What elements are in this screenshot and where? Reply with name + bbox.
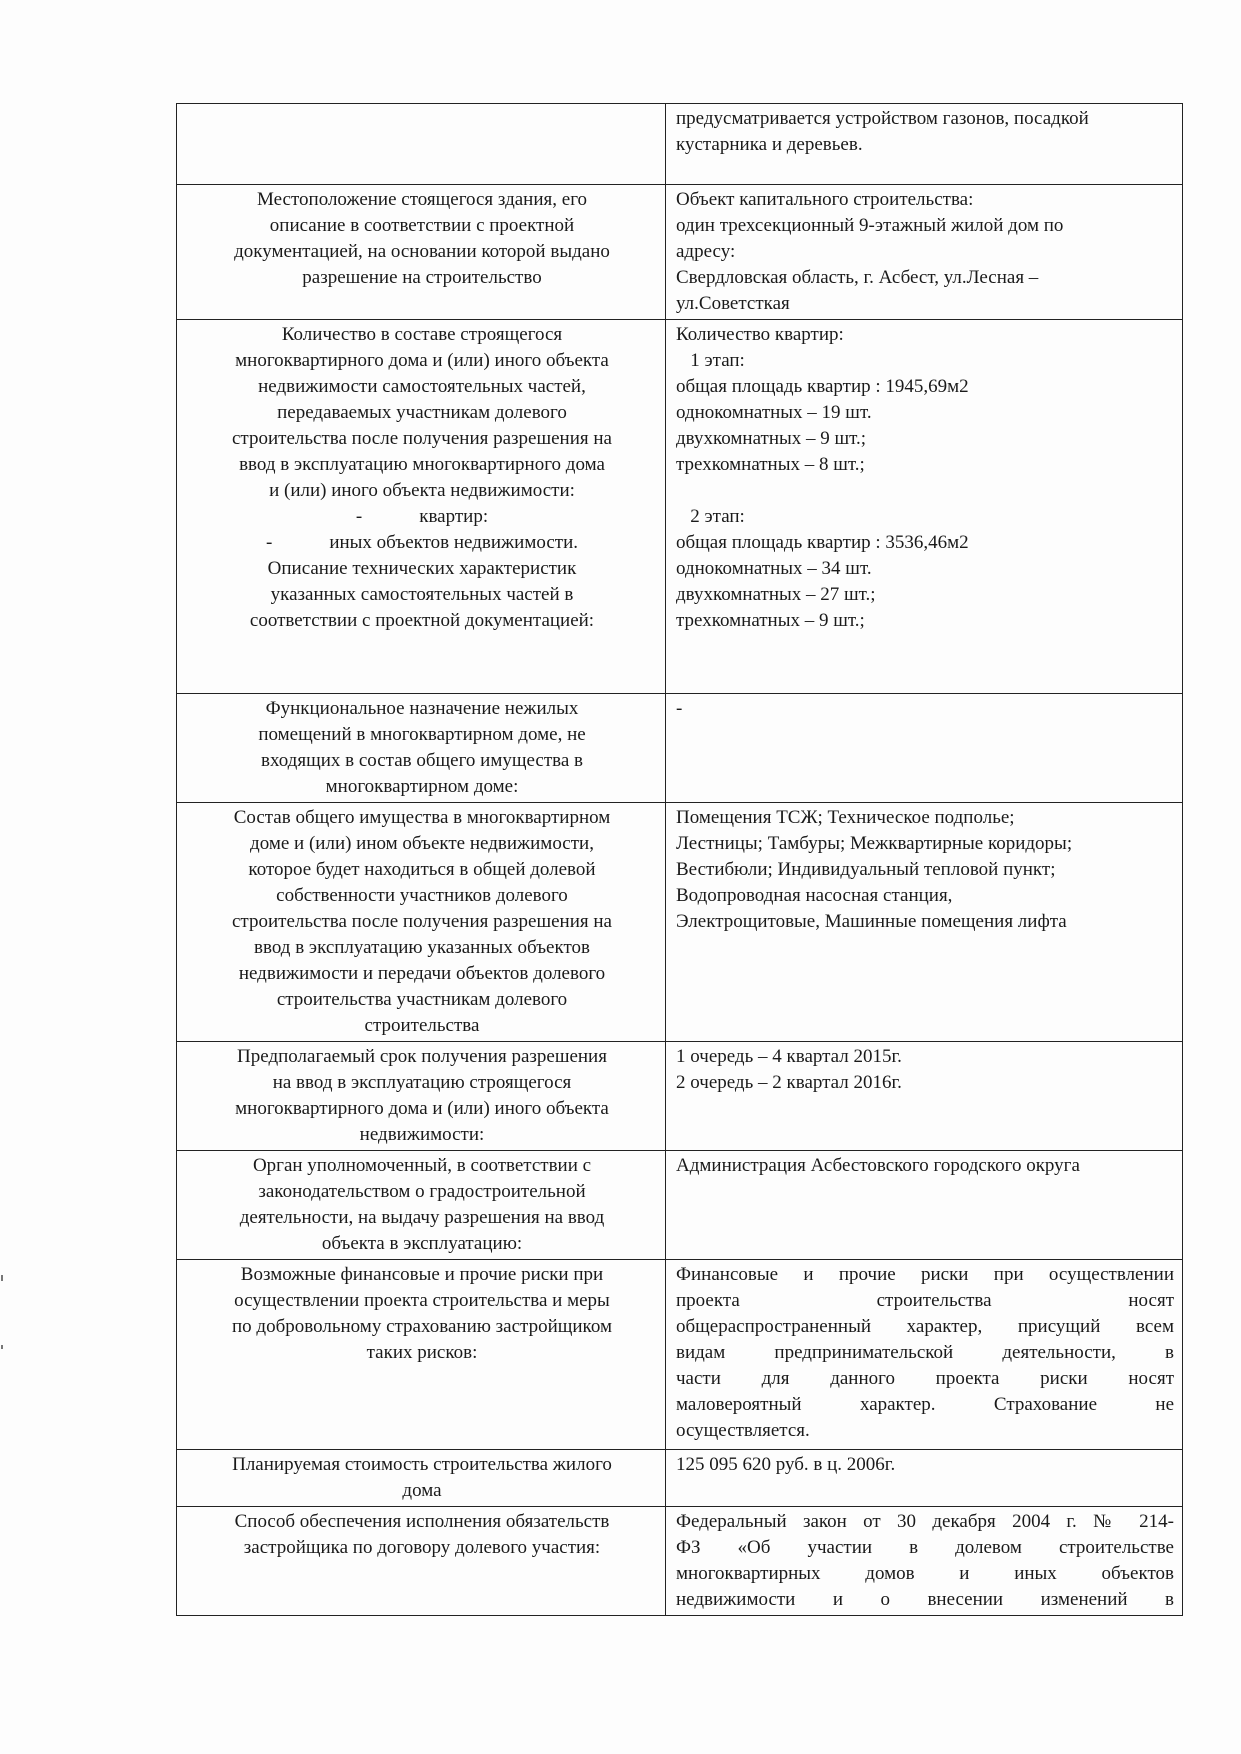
label-line: Состав общего имущества в многоквартирно… — [187, 805, 657, 831]
row-label-cell: Состав общего имущества в многоквартирно… — [177, 803, 666, 1042]
label-line: многоквартирного дома и (или) иного объе… — [187, 348, 657, 374]
value-line — [676, 478, 1174, 504]
label-line: собственности участников долевого — [187, 883, 657, 909]
document-page: предусматривается устройством газонов, п… — [0, 0, 1241, 1754]
scan-artifact — [1, 1345, 3, 1349]
label-line: передаваемых участникам долевого — [187, 400, 657, 426]
value-line: Количество квартир: — [676, 322, 1174, 348]
value-line: 2 этап: — [676, 504, 1174, 530]
value-line: Вестибюли; Индивидуальный тепловой пункт… — [676, 857, 1174, 883]
table-row: Количество в составе строящегосямногоква… — [177, 320, 1183, 694]
table-row: Состав общего имущества в многоквартирно… — [177, 803, 1183, 1042]
label-line: Орган уполномоченный, в соответствии с — [187, 1153, 657, 1179]
label-line: разрешение на строительство — [187, 265, 657, 291]
value-line: двухкомнатных – 27 шт.; — [676, 582, 1174, 608]
label-line: строительства после получения разрешения… — [187, 426, 657, 452]
label-line: документацией, на основании которой выда… — [187, 239, 657, 265]
label-line: входящих в состав общего имущества в — [187, 748, 657, 774]
scan-artifact — [1, 1275, 3, 1281]
value-line: маловероятный характер. Страхование не — [676, 1392, 1174, 1418]
value-line: трехкомнатных – 9 шт.; — [676, 608, 1174, 634]
value-line: 1 очередь – 4 квартал 2015г. — [676, 1044, 1174, 1070]
value-line: общая площадь квартир : 3536,46м2 — [676, 530, 1174, 556]
label-line: которое будет находиться в общей долевой — [187, 857, 657, 883]
value-line: предусматривается устройством газонов, п… — [676, 106, 1174, 132]
row-label-cell — [177, 104, 666, 185]
value-line: однокомнатных – 19 шт. — [676, 400, 1174, 426]
table-row: Возможные финансовые и прочие риски прио… — [177, 1260, 1183, 1450]
value-line: общераспространенный характер, присущий … — [676, 1314, 1174, 1340]
table-row: Местоположение стоящегося здания, егоопи… — [177, 185, 1183, 320]
row-label-cell: Функциональное назначение нежилыхпомещен… — [177, 694, 666, 803]
label-line: описание в соответствии с проектной — [187, 213, 657, 239]
label-line: осуществлении проекта строительства и ме… — [187, 1288, 657, 1314]
row-label-cell: Планируемая стоимость строительства жило… — [177, 1450, 666, 1507]
project-declaration-table: предусматривается устройством газонов, п… — [176, 103, 1183, 1616]
row-label-cell: Возможные финансовые и прочие риски прио… — [177, 1260, 666, 1450]
row-label-cell: Орган уполномоченный, в соответствии сза… — [177, 1151, 666, 1260]
value-line: один трехсекционный 9-этажный жилой дом … — [676, 213, 1174, 239]
value-line: Электрощитовые, Машинные помещения лифта — [676, 909, 1174, 935]
value-line: Финансовые и прочие риски при осуществле… — [676, 1262, 1174, 1288]
value-line: Объект капитального строительства: — [676, 187, 1174, 213]
label-line: строительства — [187, 1013, 657, 1039]
label-line: Функциональное назначение нежилых — [187, 696, 657, 722]
value-line: адресу: — [676, 239, 1174, 265]
table-row: Планируемая стоимость строительства жило… — [177, 1450, 1183, 1507]
value-line: ул.Советсткая — [676, 291, 1174, 317]
value-line: Водопроводная насосная станция, — [676, 883, 1174, 909]
value-line: ФЗ «Об участии в долевом строительстве — [676, 1535, 1174, 1561]
table-row: Орган уполномоченный, в соответствии сза… — [177, 1151, 1183, 1260]
label-line: Планируемая стоимость строительства жило… — [187, 1452, 657, 1478]
value-line: общая площадь квартир : 1945,69м2 — [676, 374, 1174, 400]
label-line: Предполагаемый срок получения разрешения — [187, 1044, 657, 1070]
label-line: застройщика по договору долевого участия… — [187, 1535, 657, 1561]
label-line: недвижимости самостоятельных частей, — [187, 374, 657, 400]
label-line: недвижимости и передачи объектов долевог… — [187, 961, 657, 987]
value-line: Свердловская область, г. Асбест, ул.Лесн… — [676, 265, 1174, 291]
row-value-cell: 1 очередь – 4 квартал 2015г.2 очередь – … — [666, 1042, 1183, 1151]
value-line: двухкомнатных – 9 шт.; — [676, 426, 1174, 452]
table-row: Предполагаемый срок получения разрешения… — [177, 1042, 1183, 1151]
value-line: Администрация Асбестовского городского о… — [676, 1153, 1174, 1179]
label-line: Количество в составе строящегося — [187, 322, 657, 348]
row-value-cell: Администрация Асбестовского городского о… — [666, 1151, 1183, 1260]
label-line: дома — [187, 1478, 657, 1504]
value-line: проекта строительства носят — [676, 1288, 1174, 1314]
row-label-cell: Способ обеспечения исполнения обязательс… — [177, 1507, 666, 1616]
label-line: недвижимости: — [187, 1122, 657, 1148]
label-line: объекта в эксплуатацию: — [187, 1231, 657, 1257]
label-line: доме и (или) ином объекте недвижимости, — [187, 831, 657, 857]
label-line: многоквартирном доме: — [187, 774, 657, 800]
row-value-cell: Объект капитального строительства:один т… — [666, 185, 1183, 320]
value-line: многоквартирных домов и иных объектов — [676, 1561, 1174, 1587]
row-value-cell: Помещения ТСЖ; Техническое подполье;Лест… — [666, 803, 1183, 1042]
label-line: ввод в эксплуатацию указанных объектов — [187, 935, 657, 961]
value-line: видам предпринимательской деятельности, … — [676, 1340, 1174, 1366]
label-line: Описание технических характеристик — [187, 556, 657, 582]
label-line: Возможные финансовые и прочие риски при — [187, 1262, 657, 1288]
value-line: 1 этап: — [676, 348, 1174, 374]
value-line: недвижимости и о внесении изменений в — [676, 1587, 1174, 1613]
row-value-cell: - — [666, 694, 1183, 803]
value-line: осуществляется. — [676, 1418, 1174, 1444]
value-line: однокомнатных – 34 шт. — [676, 556, 1174, 582]
label-line: указанных самостоятельных частей в — [187, 582, 657, 608]
label-line: Местоположение стоящегося здания, его — [187, 187, 657, 213]
value-line: - — [676, 696, 1174, 722]
row-value-cell: Федеральный закон от 30 декабря 2004 г. … — [666, 1507, 1183, 1616]
value-line: части для данного проекта риски носят — [676, 1366, 1174, 1392]
value-line: Лестницы; Тамбуры; Межквартирные коридор… — [676, 831, 1174, 857]
value-line: Помещения ТСЖ; Техническое подполье; — [676, 805, 1174, 831]
label-line: строительства участникам долевого — [187, 987, 657, 1013]
label-line: деятельности, на выдачу разрешения на вв… — [187, 1205, 657, 1231]
label-line: Способ обеспечения исполнения обязательс… — [187, 1509, 657, 1535]
row-value-cell: 125 095 620 руб. в ц. 2006г. — [666, 1450, 1183, 1507]
table-row: Функциональное назначение нежилыхпомещен… — [177, 694, 1183, 803]
label-line: законодательством о градостроительной — [187, 1179, 657, 1205]
row-label-cell: Количество в составе строящегосямногоква… — [177, 320, 666, 694]
row-value-cell: Количество квартир: 1 этап:общая площадь… — [666, 320, 1183, 694]
label-line: ввод в эксплуатацию многоквартирного дом… — [187, 452, 657, 478]
label-line: на ввод в эксплуатацию строящегося — [187, 1070, 657, 1096]
label-line: многоквартирного дома и (или) иного объе… — [187, 1096, 657, 1122]
row-label-cell: Местоположение стоящегося здания, егоопи… — [177, 185, 666, 320]
value-line: трехкомнатных – 8 шт.; — [676, 452, 1174, 478]
value-line: Федеральный закон от 30 декабря 2004 г. … — [676, 1509, 1174, 1535]
label-line: соответствии с проектной документацией: — [187, 608, 657, 634]
label-line: по добровольному страхованию застройщико… — [187, 1314, 657, 1340]
value-line: 2 очередь – 2 квартал 2016г. — [676, 1070, 1174, 1096]
label-line: и (или) иного объекта недвижимости: — [187, 478, 657, 504]
value-line: 125 095 620 руб. в ц. 2006г. — [676, 1452, 1174, 1478]
table-row: Способ обеспечения исполнения обязательс… — [177, 1507, 1183, 1616]
label-line: - квартир: — [187, 504, 657, 530]
label-line: - иных объектов недвижимости. — [187, 530, 657, 556]
label-line: строительства после получения разрешения… — [187, 909, 657, 935]
label-line: помещений в многоквартирном доме, не — [187, 722, 657, 748]
table-row: предусматривается устройством газонов, п… — [177, 104, 1183, 185]
row-label-cell: Предполагаемый срок получения разрешения… — [177, 1042, 666, 1151]
row-value-cell: предусматривается устройством газонов, п… — [666, 104, 1183, 185]
value-line: кустарника и деревьев. — [676, 132, 1174, 158]
row-value-cell: Финансовые и прочие риски при осуществле… — [666, 1260, 1183, 1450]
label-line: таких рисков: — [187, 1340, 657, 1366]
